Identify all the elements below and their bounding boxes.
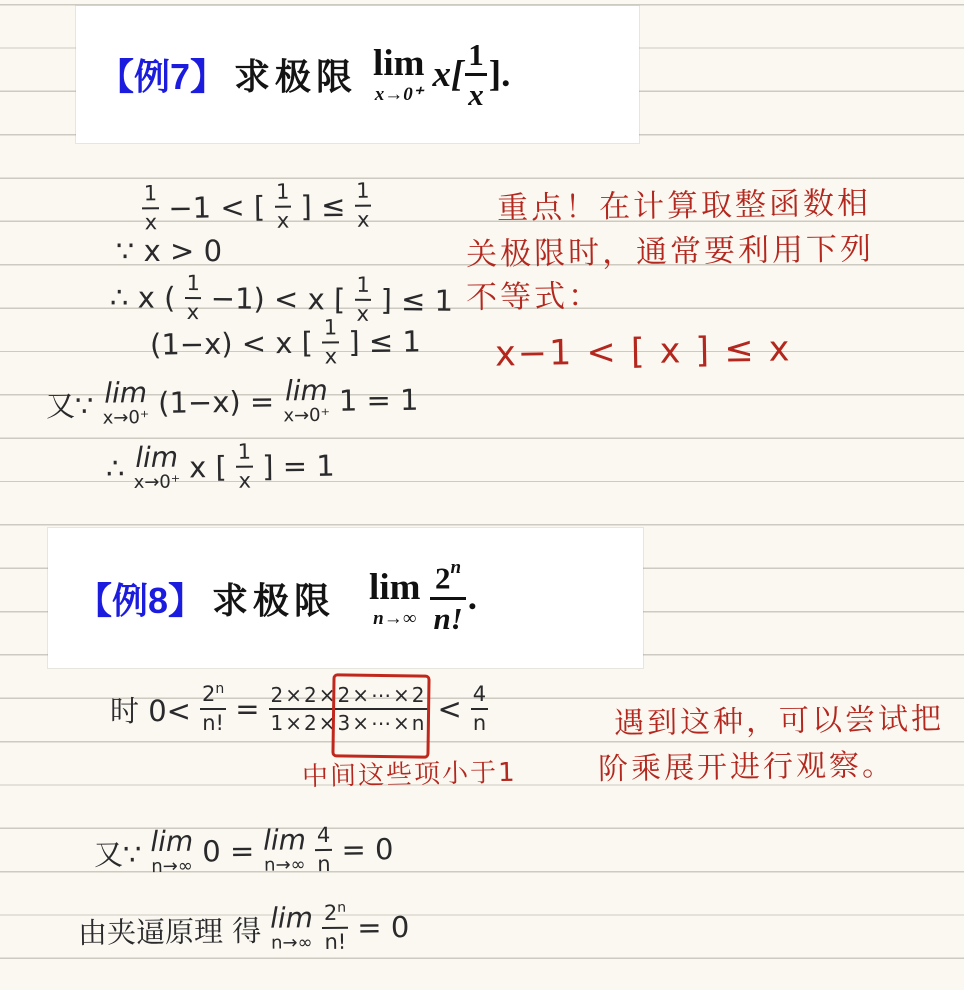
work-line-1: 1x −1 < [ 1x ] ≤ 1x: [142, 181, 372, 234]
fraction: 2n n!: [322, 903, 349, 953]
handwritten-lim: lim n→∞: [263, 826, 306, 875]
math-text: ] = 1: [262, 449, 335, 484]
red-note7-line-1: 重点！在计算取整函数相: [497, 177, 872, 227]
red-note7-line-3: 不等式：: [466, 270, 603, 317]
exponent: n: [337, 901, 346, 915]
fraction: 1x: [354, 181, 372, 231]
math-text: (1−x) =: [158, 384, 274, 419]
fraction: 1x: [142, 183, 160, 233]
example8-label: 【例8】: [76, 573, 204, 624]
notebook-page: 【例7】 求极限 lim x→0⁺ x[ 1 x ]. 1x −1 < [ 1x…: [0, 0, 964, 990]
math-text: ∴ x (: [110, 280, 176, 315]
red-note7-line-2: 关极限时，通常要利用下列: [466, 223, 875, 274]
math-text: <: [437, 692, 461, 726]
handwritten-lim: lim x→0⁺: [133, 443, 180, 492]
work-line-4: (1−x) < x [ 1x ] ≤ 1: [150, 316, 421, 369]
fraction: 4n: [471, 684, 488, 734]
math-text: ∴: [106, 451, 125, 485]
handwritten-lim: lim x→0⁺: [283, 377, 330, 426]
fraction-denominator: x: [465, 73, 487, 110]
lim-subscript: n→∞: [373, 609, 416, 628]
fraction: 2n n!: [200, 684, 226, 734]
example7-expression: x[ 1 x ].: [432, 39, 510, 110]
math-text: ] ≤: [300, 189, 345, 224]
red-highlight-box: [331, 673, 430, 758]
math-text: ∵ x > 0: [116, 234, 222, 268]
math-text: = 0: [357, 910, 409, 945]
handwritten-lim: lim n→∞: [270, 904, 313, 953]
red-note8-line-2: 阶乘展开进行观察。: [598, 740, 896, 788]
printed-fraction: 2n n!: [430, 562, 465, 633]
work-line-9: 由夹逼原理 得 lim n→∞ 2n n! = 0: [78, 902, 410, 956]
work-line-5: 又∵ lim x→0⁺ (1−x) = lim x→0⁺ 1 = 1: [46, 376, 419, 429]
math-text: x [: [189, 450, 227, 484]
math-text: = 0: [341, 832, 393, 867]
work-line-7: 时 0< 2n n! = 2×2×2×⋯×2 1×2×3×⋯×n < 4n: [110, 684, 488, 734]
example7-prompt: 求极限: [234, 49, 357, 100]
lim-word: lim: [373, 45, 424, 82]
fraction-numerator: 2n: [432, 562, 464, 596]
fraction: 4n: [315, 825, 333, 875]
printed-fraction: 1 x: [465, 39, 487, 110]
lim-subscript: x→0⁺: [375, 85, 423, 104]
work-line-6: ∴ lim x→0⁺ x [ 1x ] = 1: [106, 441, 335, 494]
math-text: ] ≤ 1: [348, 324, 421, 359]
example7-label: 【例7】: [98, 49, 226, 100]
fraction-denominator: n!: [430, 597, 465, 634]
math-text: 时 0<: [110, 689, 191, 730]
work-line-2: ∵ x > 0: [116, 234, 222, 268]
example8-lim: lim n→∞: [369, 569, 420, 628]
expr-pre: x[: [432, 53, 463, 96]
math-text: 又∵: [94, 832, 142, 874]
math-text: 又∵: [46, 383, 94, 425]
example7-lim: lim x→0⁺: [373, 45, 424, 104]
math-text: ] ≤ 1: [380, 283, 453, 318]
example8-card: 【例8】 求极限 lim n→∞ 2n n! .: [48, 528, 643, 668]
example8-prompt: 求极限: [212, 573, 335, 624]
red-note7-formula: x−1 < [ x ] ≤ x: [495, 329, 792, 374]
handwritten-lim: lim x→0⁺: [102, 379, 149, 428]
exponent: n: [451, 557, 462, 578]
math-text: −1) < x [: [211, 281, 346, 316]
lim-word: lim: [369, 569, 420, 606]
fraction: 1x: [184, 273, 202, 323]
math-text: −1 < [: [168, 190, 265, 225]
example8-expression: 2n n! .: [428, 562, 477, 633]
math-text: 0 =: [202, 834, 254, 869]
math-text: =: [235, 692, 259, 726]
math-text: 由夹逼原理 得: [78, 908, 262, 951]
red-caption-middle-terms: 中间这些项小于1: [302, 752, 517, 793]
example7-card: 【例7】 求极限 lim x→0⁺ x[ 1 x ].: [76, 6, 639, 143]
expr-post: .: [468, 576, 477, 619]
red-note8-line-1: 遇到这种，可以尝试把: [614, 694, 945, 743]
expr-post: ].: [489, 53, 511, 96]
fraction-numerator: 1: [465, 39, 487, 73]
work-line-8: 又∵ lim n→∞ 0 = lim n→∞ 4n = 0: [94, 824, 394, 878]
math-text: (1−x) < x [: [150, 326, 313, 362]
math-text: 1 = 1: [339, 383, 419, 418]
fraction: 1x: [274, 182, 292, 232]
handwritten-lim: lim n→∞: [150, 828, 193, 877]
fraction: 1x: [322, 317, 340, 367]
exponent: n: [215, 682, 224, 696]
fraction: 1x: [236, 442, 254, 492]
